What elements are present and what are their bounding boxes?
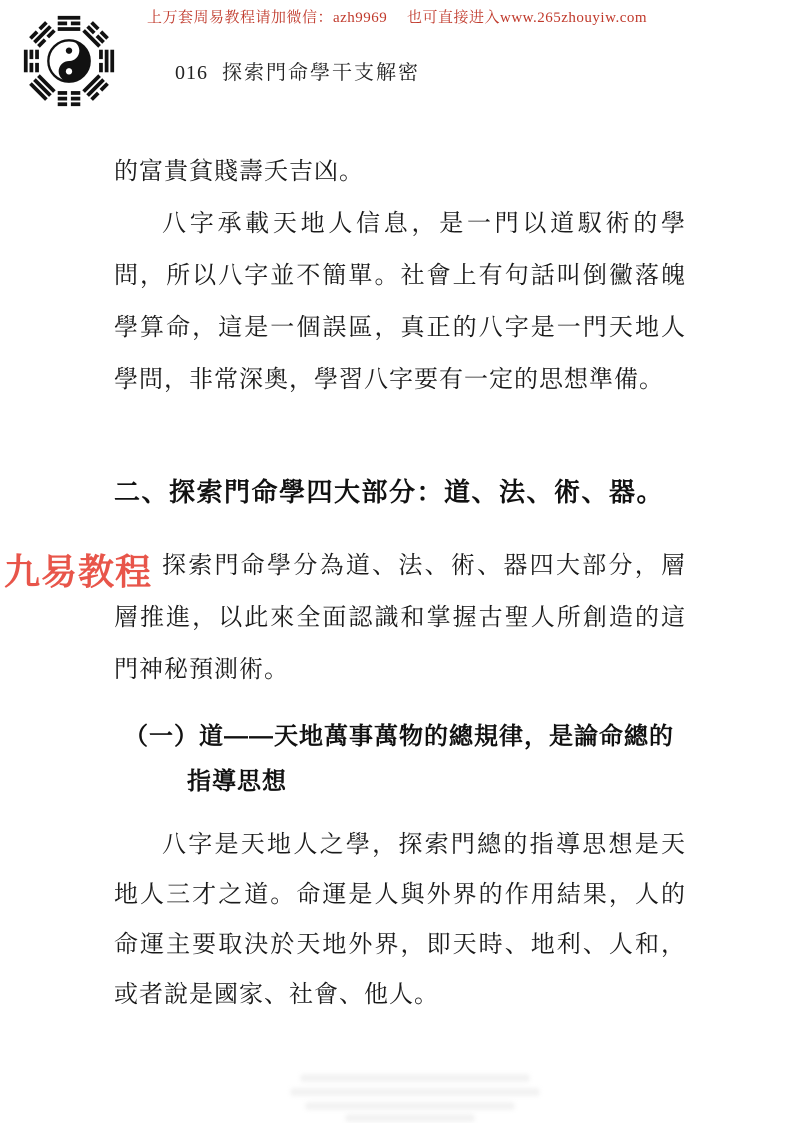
paragraph-3: 八字是天地人之學，探索門總的指導思想是天地人三才之道。命運是人與外界的作用結果，… — [114, 820, 686, 1020]
bottom-watermark-line — [290, 1088, 540, 1096]
bottom-watermark — [0, 1070, 794, 1123]
bottom-watermark-line — [305, 1102, 515, 1110]
carryover-line: 的富貴貧賤壽夭吉凶。 — [114, 146, 686, 198]
book-title: 探索門命學干支解密 — [222, 62, 420, 84]
section-heading: 二、探索門命學四大部分：道、法、術、器。 — [114, 466, 686, 518]
paragraph-1: 八字承載天地人信息，是一門以道馭術的學問，所以八字並不簡單。社會上有句話叫倒黴落… — [114, 198, 686, 406]
book-page: 上万套周易教程请加微信：azh9969 也可直接进入www.265zhouyiw… — [0, 0, 794, 1123]
bottom-watermark-line — [345, 1114, 475, 1122]
top-promo-banner: 上万套周易教程请加微信：azh9969 也可直接进入www.265zhouyiw… — [0, 6, 794, 27]
page-content: 的富貴貧賤壽夭吉凶。 八字承載天地人信息，是一門以道馭術的學問，所以八字並不簡單… — [114, 146, 686, 1020]
yinyang-icon — [48, 40, 89, 81]
page-header: 016探索門命學干支解密 — [175, 56, 420, 85]
subsection-heading: （一）道——天地萬事萬物的總規律，是論命總的指導思想 — [114, 714, 686, 804]
bagua-yinyang-logo — [22, 14, 116, 108]
bottom-watermark-line — [300, 1074, 530, 1082]
page-number: 016 — [175, 62, 208, 84]
paragraph-2: 探索門命學分為道、法、術、器四大部分，層層推進，以此來全面認識和掌握古聖人所創造… — [114, 540, 686, 696]
